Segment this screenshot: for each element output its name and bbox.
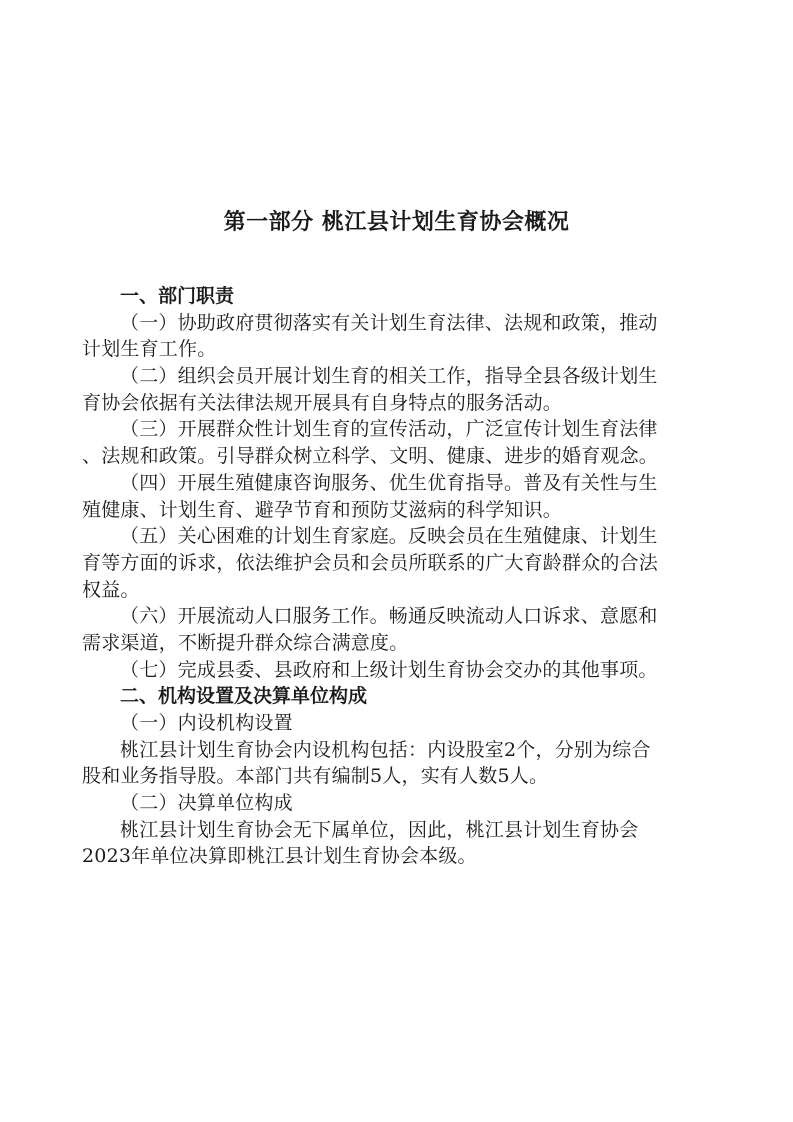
section-heading-organization: 二、机构设置及决算单位构成 — [82, 683, 712, 710]
subsection-heading: （二）决算单位构成 — [82, 790, 712, 817]
paragraph-line: 育等方面的诉求，依法维护会员和会员所联系的广大育龄群众的合法 — [82, 550, 712, 577]
section-heading-duties: 一、部门职责 — [82, 283, 712, 310]
document-body: 一、部门职责 （一）协助政府贯彻落实有关计划生育法律、法规和政策，推动 计划生育… — [82, 283, 712, 870]
paragraph-line: （七）完成县委、县政府和上级计划生育协会交办的其他事项。 — [82, 657, 712, 684]
page-title: 第一部分 桃江县计划生育协会概况 — [0, 208, 793, 238]
paragraph-line: 股和业务指导股。本部门共有编制5人，实有人数5人。 — [82, 763, 712, 790]
paragraph-line: （二）组织会员开展计划生育的相关工作，指导全县各级计划生 — [82, 363, 712, 390]
paragraph-line: （四）开展生殖健康咨询服务、优生优育指导。普及有关性与生 — [82, 470, 712, 497]
paragraph-line: 育协会依据有关法律法规开展具有自身特点的服务活动。 — [82, 390, 712, 417]
paragraph-line: 计划生育工作。 — [82, 336, 712, 363]
paragraph-line: 需求渠道，不断提升群众综合满意度。 — [82, 630, 712, 657]
subsection-heading: （一）内设机构设置 — [82, 710, 712, 737]
paragraph-line: 权益。 — [82, 577, 712, 604]
paragraph-line: 、法规和政策。引导群众树立科学、文明、健康、进步的婚育观念。 — [82, 443, 712, 470]
paragraph-line: 桃江县计划生育协会无下属单位，因此，桃江县计划生育协会 — [82, 817, 712, 844]
paragraph-line: 2023年单位决算即桃江县计划生育协会本级。 — [82, 843, 712, 870]
paragraph-line: 桃江县计划生育协会内设机构包括：内设股室2个，分别为综合 — [82, 737, 712, 764]
paragraph-line: 殖健康、计划生育、避孕节育和预防艾滋病的科学知识。 — [82, 497, 712, 524]
paragraph-line: （五）关心困难的计划生育家庭。反映会员在生殖健康、计划生 — [82, 523, 712, 550]
paragraph-line: （三）开展群众性计划生育的宣传活动，广泛宣传计划生育法律 — [82, 416, 712, 443]
paragraph-line: （六）开展流动人口服务工作。畅通反映流动人口诉求、意愿和 — [82, 603, 712, 630]
paragraph-line: （一）协助政府贯彻落实有关计划生育法律、法规和政策，推动 — [82, 310, 712, 337]
